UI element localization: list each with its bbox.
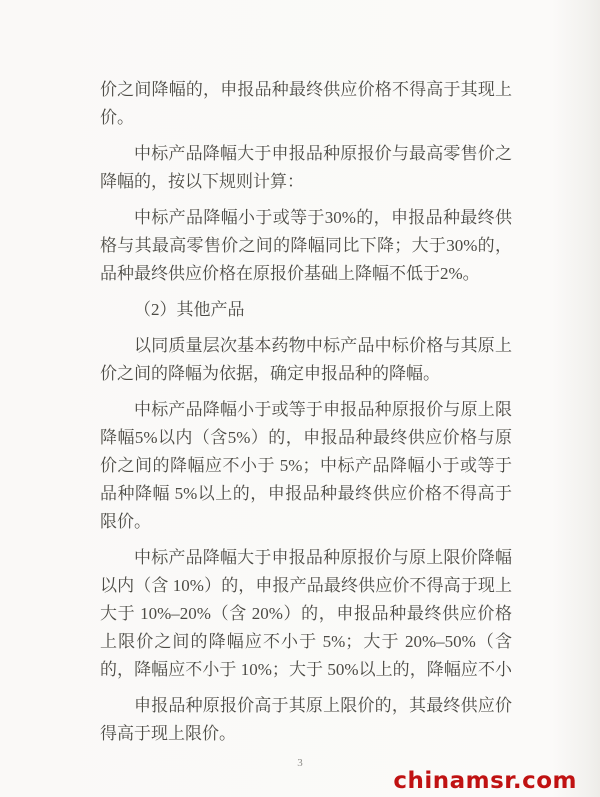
text-line: 申报品种原报价高于其原上限价的，其最终供应价格不 [100,692,512,720]
text-line: 降幅5%以内（含5%）的，申报品种最终供应价格与原上限 [100,424,512,452]
text-line: 品种最终供应价格在原报价基础上降幅不低于2%。 [100,260,512,288]
watermark: chinamsr.com [393,768,577,794]
text-line: 以内（含 10%）的，申报产品最终供应价不得高于现上限价； [100,572,512,600]
text-line: 中标产品降幅小于或等于30%的，申报品种最终供应价 [100,204,512,232]
text-line: 大于 10%–20%（含 20%）的，申报品种最终供应价格与原 [100,600,512,628]
paragraph: （2）其他产品 [100,296,512,324]
text-line: 中标产品降幅大于申报品种原报价与最高零售价之间 [100,140,512,168]
document-body: 价之间降幅的，申报品种最终供应价格不得高于其现上限价。中标产品降幅大于申报品种原… [100,76,512,748]
text-line: 以同质量层次基本药物中标产品中标价格与其原上限 [100,332,512,360]
text-line: （2）其他产品 [100,296,512,324]
text-line: 中标产品降幅大于申报品种原报价与原上限价降幅 10% [100,544,512,572]
text-line: 价。 [100,104,512,132]
text-line: 格与其最高零售价之间的降幅同比下降；大于30%的，申报 [100,232,512,260]
text-line: 中标产品降幅小于或等于申报品种原报价与原上限价 [100,396,512,424]
paragraph: 中标产品降幅大于申报品种原报价与原上限价降幅 10%以内（含 10%）的，申报产… [100,544,512,684]
text-line: 上限价之间的降幅应不小于 5%；大于 20%–50%（含 50%） [100,628,512,656]
paragraph: 价之间降幅的，申报品种最终供应价格不得高于其现上限价。 [100,76,512,132]
paragraph: 中标产品降幅大于申报品种原报价与最高零售价之间降幅的，按以下规则计算： [100,140,512,196]
document-page: 价之间降幅的，申报品种最终供应价格不得高于其现上限价。中标产品降幅大于申报品种原… [0,0,600,797]
paragraph: 申报品种原报价高于其原上限价的，其最终供应价格不得高于现上限价。 [100,692,512,748]
text-line: 得高于现上限价。 [100,720,512,748]
text-line: 价之间的降幅为依据，确定申报品种的降幅。 [100,360,512,388]
text-line: 价之间降幅的，申报品种最终供应价格不得高于其现上限 [100,76,512,104]
text-line: 的，降幅应不小于 10%；大于 50%以上的，降幅应不小于 15%。 [100,656,512,684]
text-line: 价之间的降幅应不小于 5%；中标产品降幅小于或等于申报 [100,452,512,480]
text-line: 降幅的，按以下规则计算： [100,168,512,196]
text-line: 品种降幅 5%以上的，申报品种最终供应价格不得高于现上 [100,480,512,508]
text-line: 限价。 [100,508,512,536]
paragraph: 以同质量层次基本药物中标产品中标价格与其原上限价之间的降幅为依据，确定申报品种的… [100,332,512,388]
paragraph: 中标产品降幅小于或等于30%的，申报品种最终供应价格与其最高零售价之间的降幅同比… [100,204,512,288]
paragraph: 中标产品降幅小于或等于申报品种原报价与原上限价降幅5%以内（含5%）的，申报品种… [100,396,512,536]
